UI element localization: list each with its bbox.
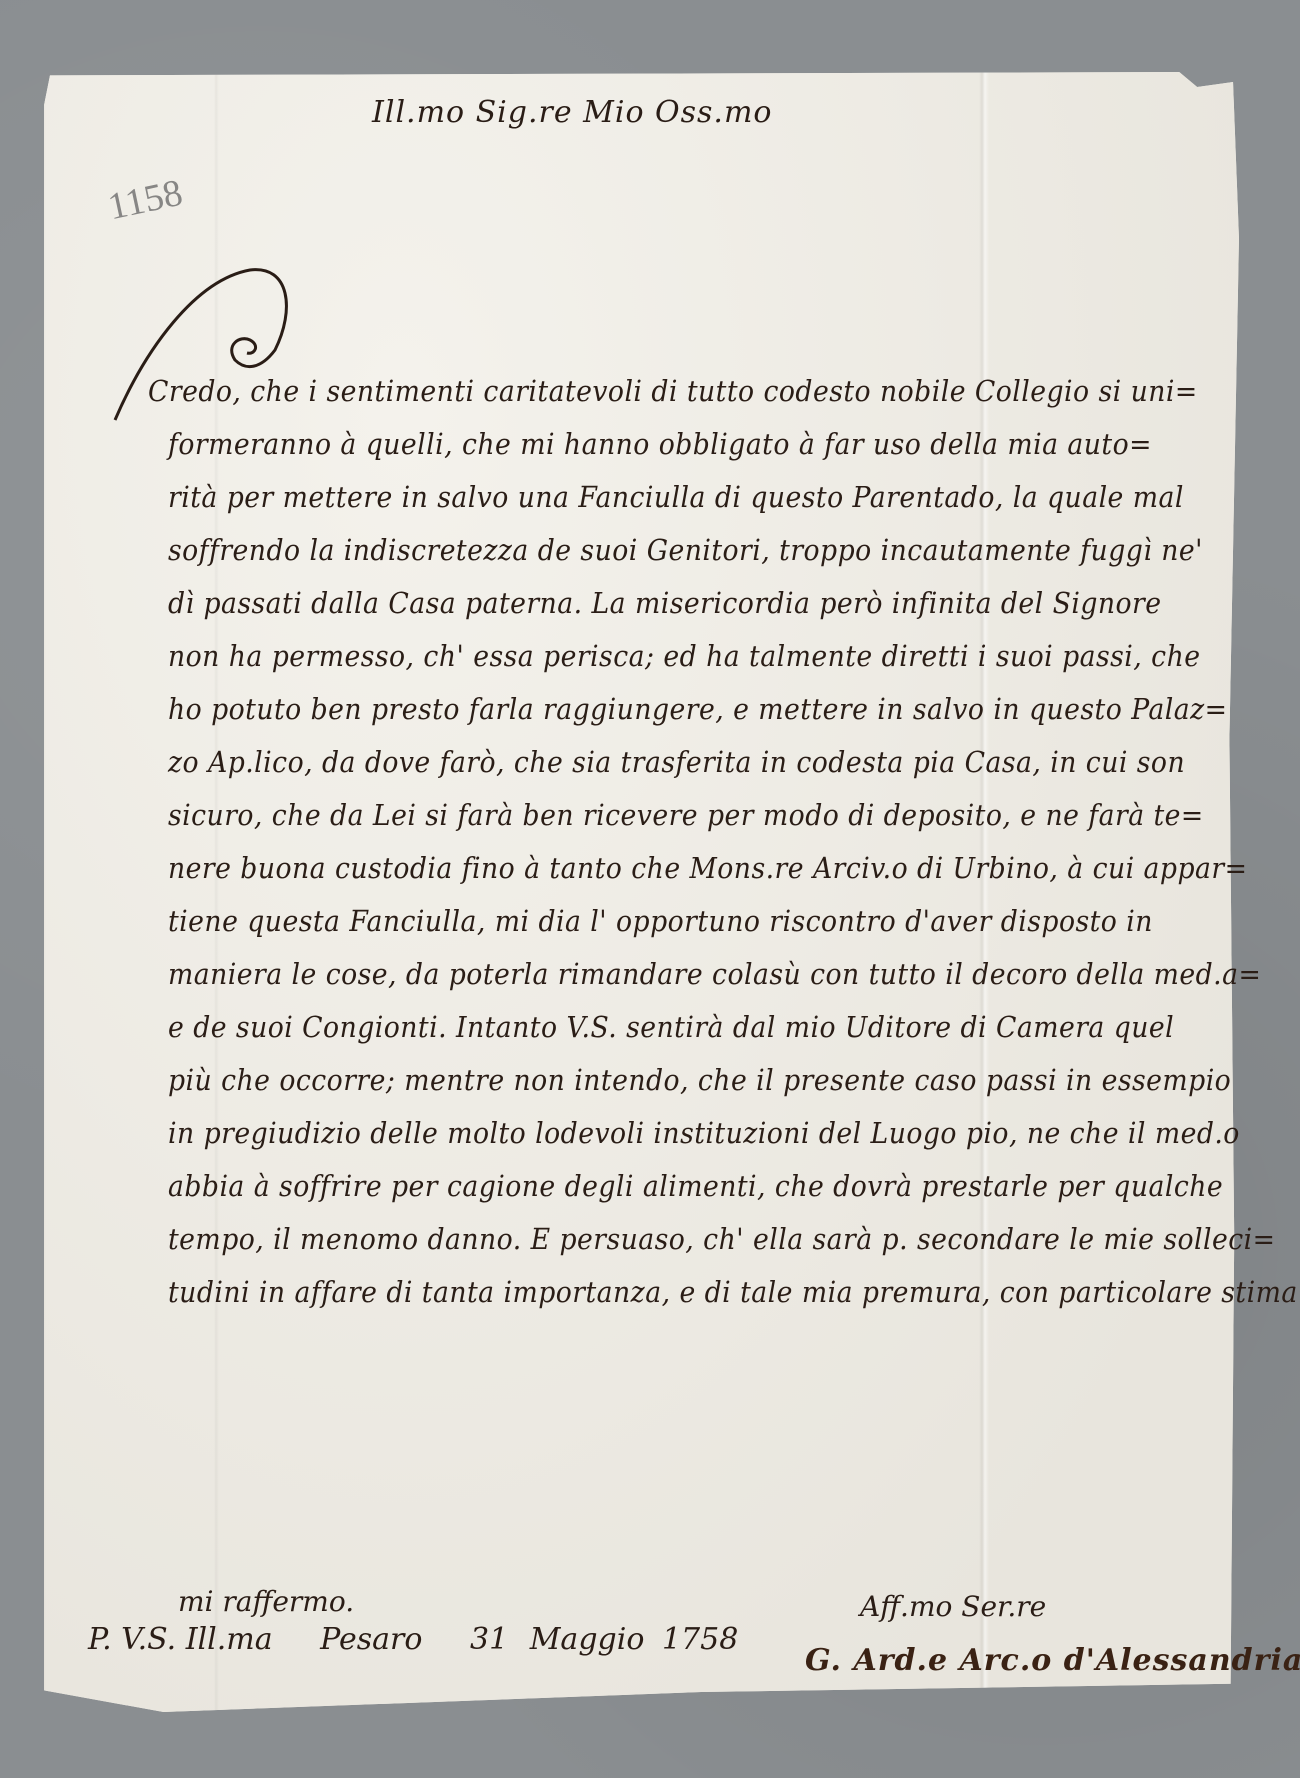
body-line: dì passati dalla Casa paterna. La miseri…: [168, 577, 1162, 630]
body-line: Credo, che i sentimenti caritatevoli di …: [148, 365, 1160, 418]
letter-body: Credo, che i sentimenti caritatevoli di …: [168, 365, 1248, 1319]
place: Pesaro: [320, 1622, 422, 1657]
body-line: formeranno à quelli, che mi hanno obblig…: [168, 418, 1162, 471]
body-line: non ha permesso, ch' essa perisca; ed ha…: [168, 630, 1162, 683]
date-day: 31: [470, 1622, 508, 1657]
body-line: tudini in affare di tanta importanza, e …: [168, 1266, 1162, 1319]
date-month: Maggio: [530, 1622, 645, 1657]
body-line: tempo, il menomo danno. E persuaso, ch' …: [168, 1213, 1162, 1266]
date-year: 1758: [662, 1622, 738, 1657]
body-line: zo Ap.lico, da dove farò, che sia trasfe…: [168, 736, 1162, 789]
valediction: Aff.mo Ser.re: [860, 1590, 1046, 1623]
body-line: soffrendo la indiscretezza de suoi Genit…: [168, 524, 1162, 577]
dateline: P. V.S. Ill.ma Pesaro 31 Maggio 1758: [88, 1622, 776, 1657]
body-line: tiene questa Fanciulla, mi dia l' opport…: [168, 895, 1162, 948]
body-line: maniera le cose, da poterla rimandare co…: [168, 948, 1162, 1001]
body-line: ho potuto ben presto farla raggiungere, …: [168, 683, 1162, 736]
signature: G. Ard.e Arc.o d'Alessandria Pres.o: [805, 1643, 1300, 1678]
body-line: sicuro, che da Lei si farà ben ricevere …: [168, 789, 1162, 842]
addressee-abbrev: P. V.S. Ill.ma: [88, 1622, 273, 1657]
body-line: nere buona custodia fino à tanto che Mon…: [168, 842, 1162, 895]
closing-phrase: mi raffermo.: [178, 1585, 354, 1618]
body-line: in pregiudizio delle molto lodevoli inst…: [168, 1107, 1162, 1160]
body-line: rità per mettere in salvo una Fanciulla …: [168, 471, 1162, 524]
body-line: abbia à soffrire per cagione degli alime…: [168, 1160, 1162, 1213]
salutation: Ill.mo Sig.re Mio Oss.mo: [372, 95, 772, 130]
body-line: più che occorre; mentre non intendo, che…: [168, 1054, 1162, 1107]
body-line: e de suoi Congionti. Intanto V.S. sentir…: [168, 1001, 1162, 1054]
